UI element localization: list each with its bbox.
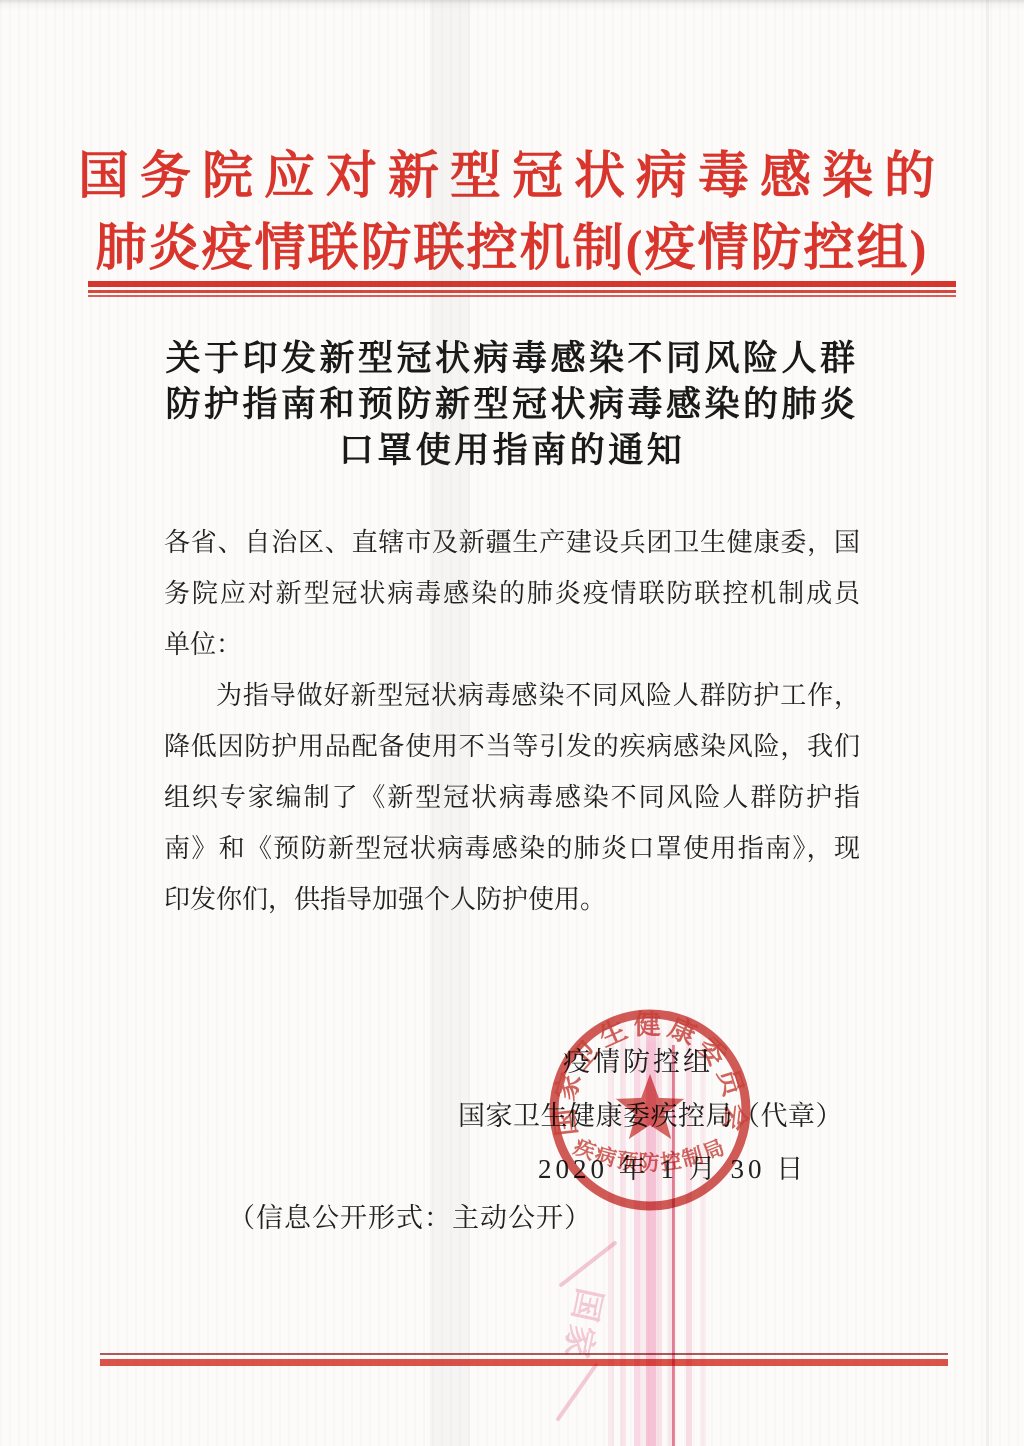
letterhead-rule <box>88 281 956 297</box>
bottom-red-rule <box>100 1353 948 1366</box>
paragraph-line-3: 组织专家编制了《新型冠状病毒感染不同风险人群防护指 <box>164 772 860 823</box>
document-title-line-2: 防护指南和预防新型冠状病毒感染的肺炎 <box>0 382 1024 428</box>
paragraph-line-2: 降低因防护用品配备使用不当等引发的疾病感染风险，我们 <box>164 721 860 772</box>
document-title-line-1: 关于印发新型冠状病毒感染不同风险人群 <box>0 336 1024 382</box>
document-body: 各省、自治区、直辖市及新疆生产建设兵团卫生健康委，国 务院应对新型冠状病毒感染的… <box>164 517 860 925</box>
official-seal: 国家卫生健康委员会 疾病预防控制局 <box>545 1005 755 1215</box>
rule-bar-thin <box>88 295 956 297</box>
addressee-line-2: 务院应对新型冠状病毒感染的肺炎疫情联防联控机制成员 <box>164 568 860 619</box>
seal-bottom-text: 疾病预防控制局 <box>570 1134 729 1175</box>
svg-text:疾病预防控制局: 疾病预防控制局 <box>570 1134 729 1175</box>
addressee-line-1: 各省、自治区、直辖市及新疆生产建设兵团卫生健康委，国 <box>164 517 860 568</box>
letterhead-line-2: 肺炎疫情联防联控机制(疫情防控组) <box>0 213 1024 285</box>
document-title: 关于印发新型冠状病毒感染不同风险人群 防护指南和预防新型冠状病毒感染的肺炎 口罩… <box>0 336 1024 474</box>
letterhead: 国务院应对新型冠状病毒感染的 肺炎疫情联防联控机制(疫情防控组) <box>0 141 1024 285</box>
ghost-bleed-stroke <box>555 1362 598 1422</box>
paragraph-line-1: 为指导做好新型冠状病毒感染不同风险人群防护工作， <box>164 670 860 721</box>
disclosure-note: （信息公开形式：主动公开） <box>228 1196 592 1235</box>
star-icon <box>616 1074 684 1139</box>
bottom-rule-thick <box>100 1359 948 1366</box>
letterhead-line-1: 国务院应对新型冠状病毒感染的 <box>0 141 1024 213</box>
ghost-bleed-stroke <box>558 1240 617 1287</box>
document-title-line-3: 口罩使用指南的通知 <box>0 428 1024 474</box>
paragraph-line-5: 印发你们，供指导加强个人防护使用。 <box>164 874 860 925</box>
scanned-official-document: { "letterhead": { "lines": [ "国务院应对新型冠状病… <box>0 0 1024 1446</box>
paragraph-line-4: 南》和《预防新型冠状病毒感染的肺炎口罩使用指南》，现 <box>164 823 860 874</box>
addressee-line-3: 单位： <box>164 619 860 670</box>
